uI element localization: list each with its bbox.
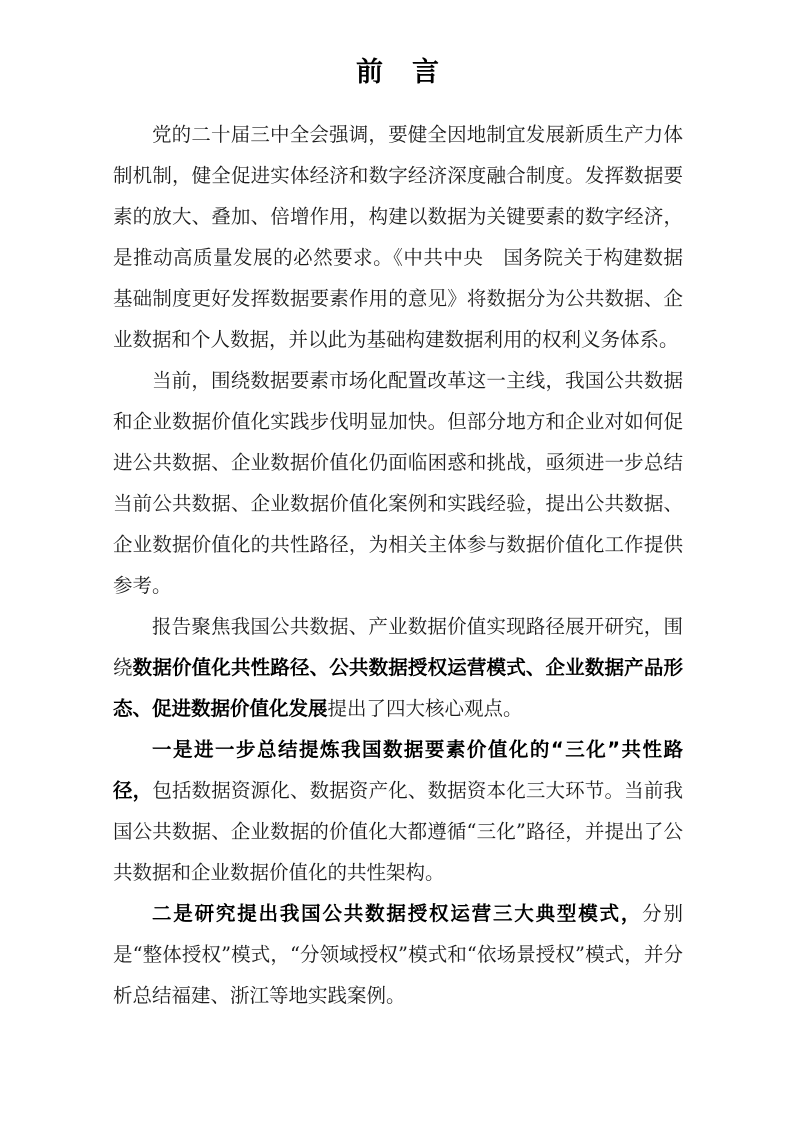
text-run: 提出了四大核心观点。 bbox=[328, 697, 523, 720]
paragraph: 一是进一步总结提炼我国数据要素价值化的“三化”共性路径，包括数据资源化、数据资产… bbox=[113, 729, 683, 893]
document-page: 前 言 党的二十届三中全会强调，要健全因地制宜发展新质生产力体制机制，健全促进实… bbox=[0, 0, 793, 1122]
bold-text-run: 二是研究提出我国公共数据授权运营三大典型模式， bbox=[152, 902, 642, 925]
paragraph: 报告聚焦我国公共数据、产业数据价值实现路径展开研究，围绕数据价值化共性路径、公共… bbox=[113, 606, 683, 729]
paragraph: 二是研究提出我国公共数据授权运营三大典型模式，分别是“整体授权”模式，“分领域授… bbox=[113, 893, 683, 1016]
text-run: 包括数据资源化、数据资产化、数据资本化三大环节。当前我国公共数据、企业数据的价值… bbox=[113, 779, 683, 884]
text-run: 当前，围绕数据要素市场化配置改革这一主线，我国公共数据和企业数据价值化实践步伐明… bbox=[113, 369, 683, 597]
paragraph: 当前，围绕数据要素市场化配置改革这一主线，我国公共数据和企业数据价值化实践步伐明… bbox=[113, 360, 683, 606]
document-body: 党的二十届三中全会强调，要健全因地制宜发展新质生产力体制机制，健全促进实体经济和… bbox=[113, 114, 683, 1016]
page-title: 前 言 bbox=[113, 56, 683, 90]
paragraph: 党的二十届三中全会强调，要健全因地制宜发展新质生产力体制机制，健全促进实体经济和… bbox=[113, 114, 683, 360]
text-run: 党的二十届三中全会强调，要健全因地制宜发展新质生产力体制机制，健全促进实体经济和… bbox=[113, 123, 683, 351]
